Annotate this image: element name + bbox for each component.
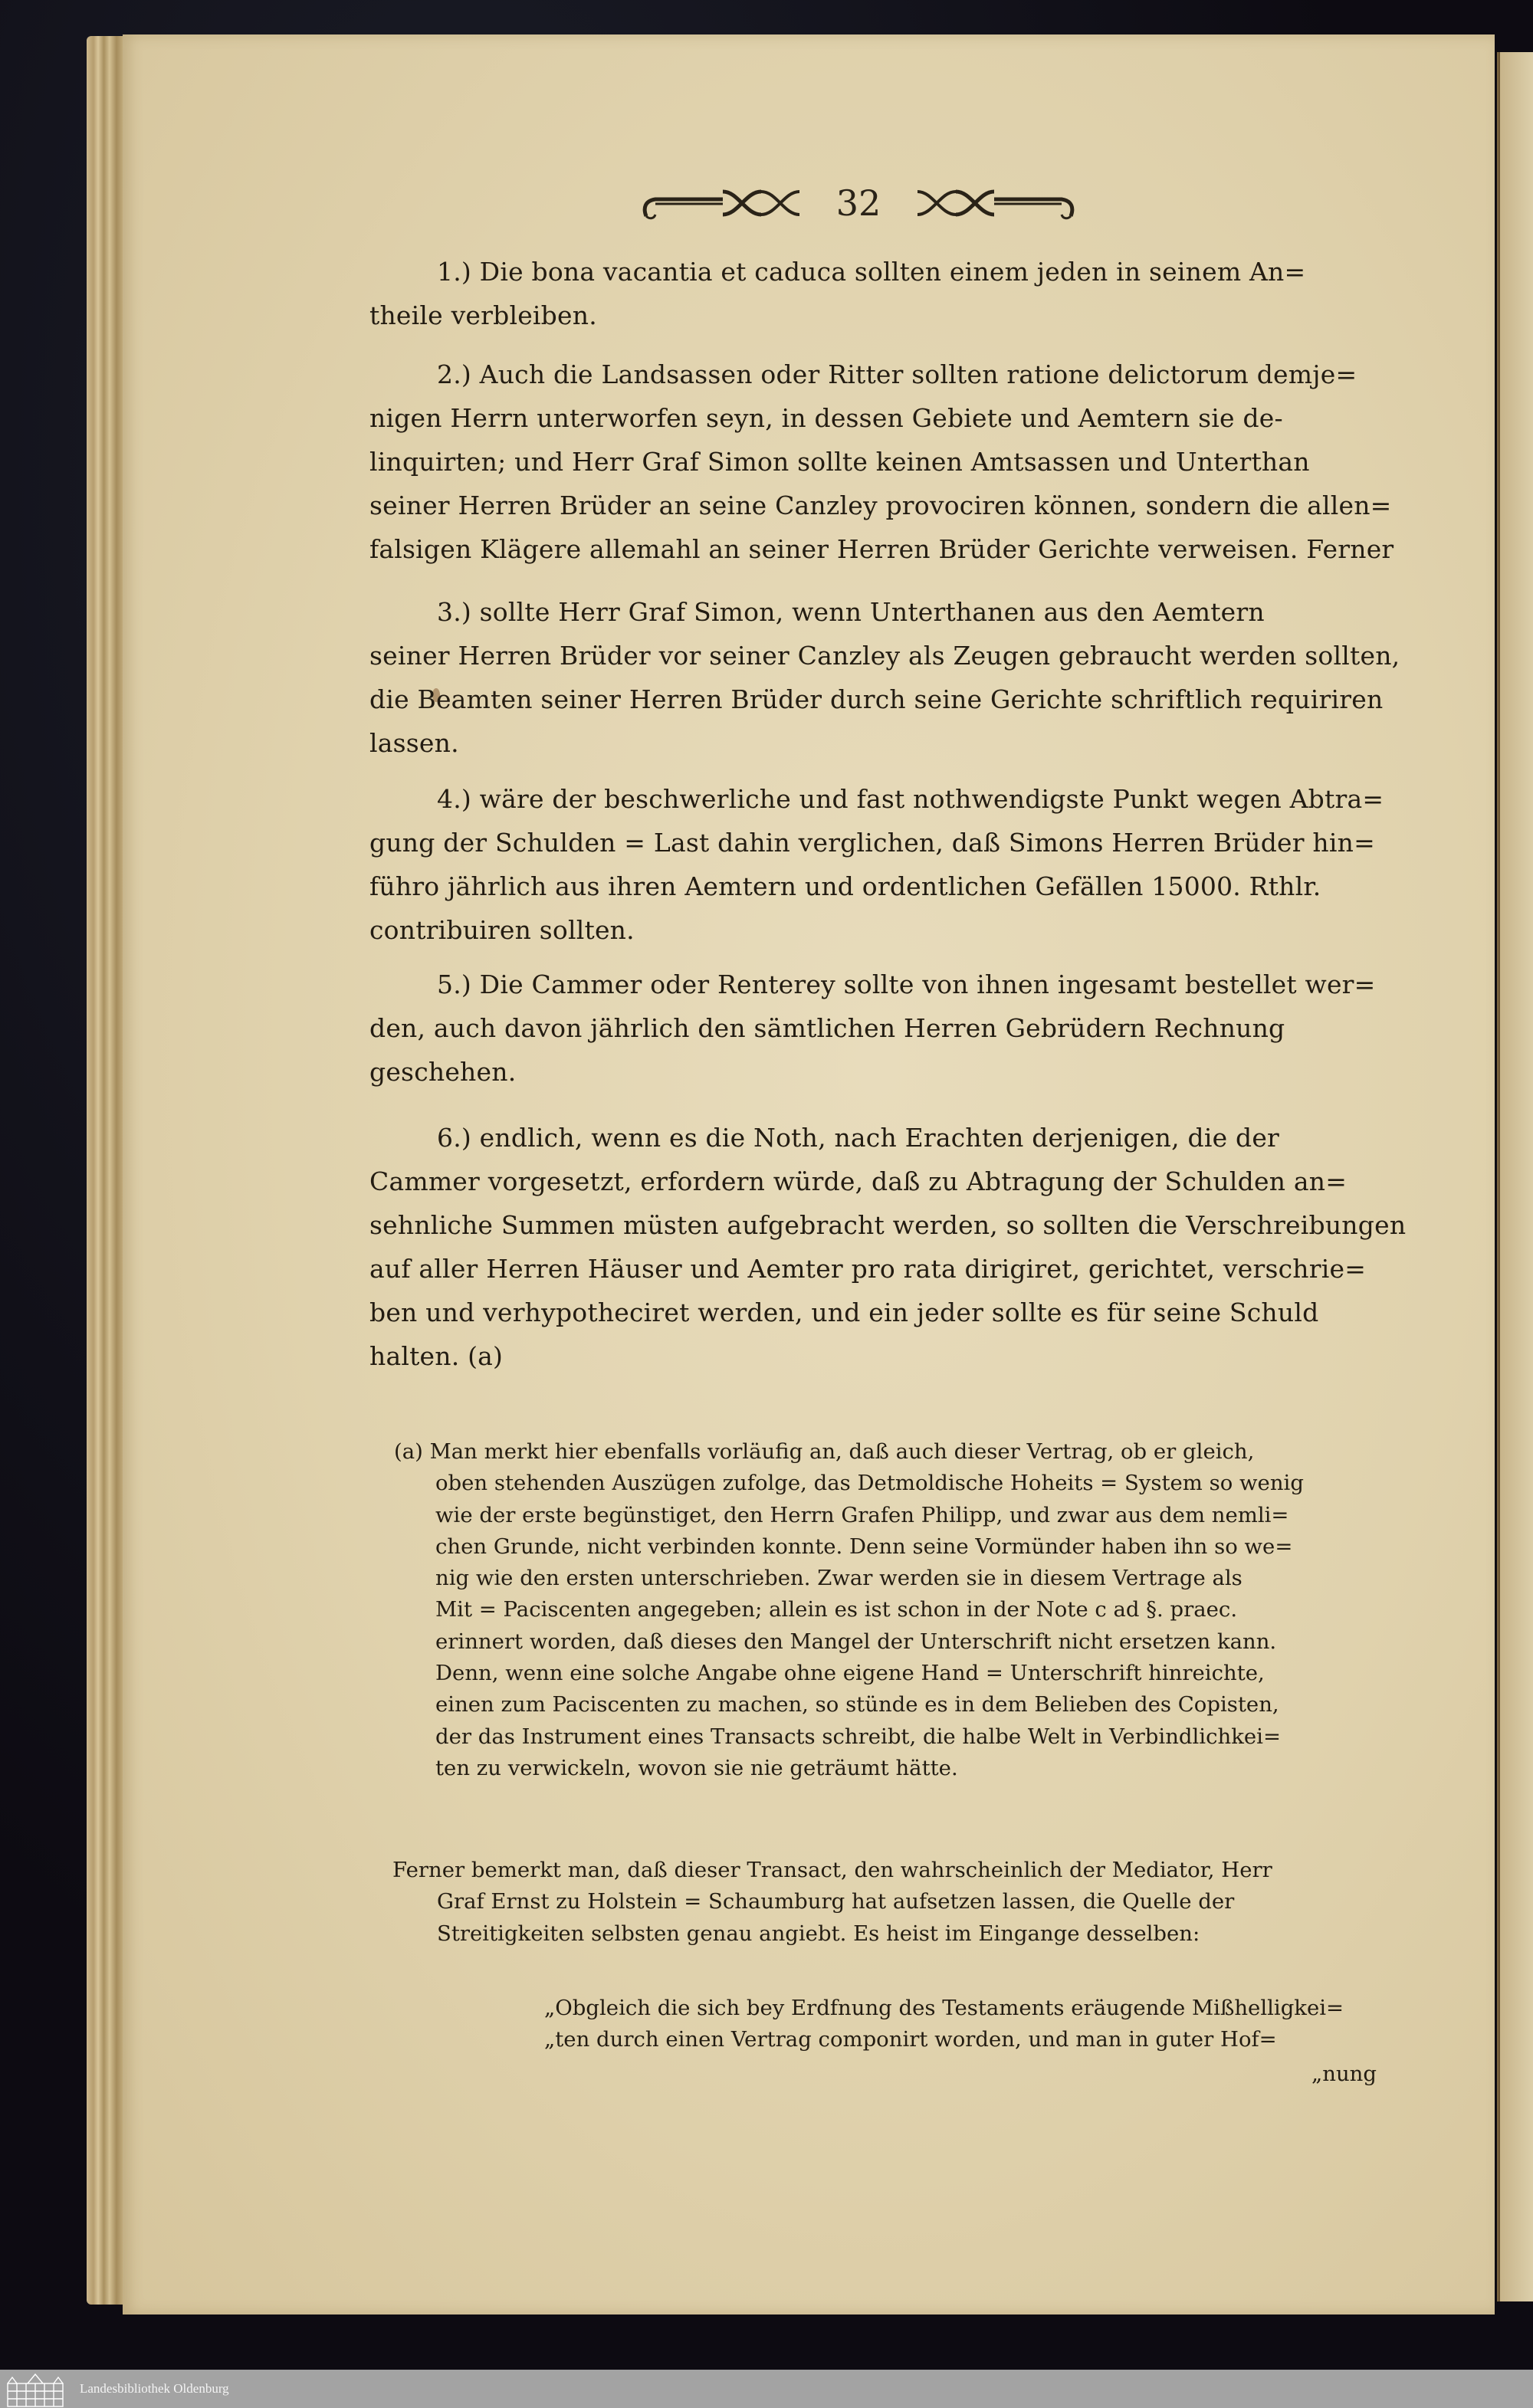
- text-line: wäre der beschwerliche und fast nothwend…: [480, 784, 1384, 814]
- text-line: Man merkt hier ebenfalls vorläufig an, d…: [430, 1439, 1255, 1464]
- paragraph-6: 6.) endlich, wenn es die Noth, nach Erac…: [369, 1116, 1375, 1378]
- text-line: Denn, wenn eine solche Angabe ohne eigen…: [394, 1658, 1377, 1689]
- text-line: ben und verhypotheciret werden, und ein …: [369, 1291, 1375, 1334]
- text-line: linquirten; und Herr Graf Simon sollte k…: [369, 440, 1375, 484]
- text-line: Mit = Paciscenten angegeben; allein es i…: [394, 1594, 1377, 1626]
- text-line: „ten durch einen Vertrag componirt worde…: [544, 2024, 1377, 2055]
- text-line: nig wie den ersten unterschrieben. Zwar …: [394, 1563, 1377, 1594]
- text-line: contribuiren sollten.: [369, 908, 1375, 952]
- text-line: wie der erste begünstiget, den Herrn Gra…: [394, 1500, 1377, 1531]
- text-line: seiner Herren Brüder vor seiner Canzley …: [369, 634, 1375, 677]
- text-line: die Beamten seiner Herren Brüder durch s…: [369, 677, 1375, 721]
- text-line: auf aller Herren Häuser und Aemter pro r…: [369, 1247, 1375, 1291]
- library-building-icon: [5, 2373, 66, 2408]
- text-line: Ferner bemerkt man, daß dieser Transact,…: [392, 1855, 1377, 1886]
- text-line: führo jährlich aus ihren Aemtern und ord…: [369, 864, 1375, 908]
- item-number: 4.): [437, 784, 471, 814]
- text-line: endlich, wenn es die Noth, nach Erachten…: [480, 1123, 1279, 1153]
- institution-name: Landesbibliothek Oldenburg: [80, 2381, 229, 2397]
- page-header: 32: [621, 176, 1096, 230]
- text-line: Streitigkeiten selbsten genau angiebt. E…: [392, 1918, 1377, 1950]
- facing-page-edge: [1499, 52, 1533, 2301]
- text-line: sollte Herr Graf Simon, wenn Unterthanen…: [480, 597, 1265, 627]
- right-ornament-icon: [902, 185, 1078, 221]
- page-number: 32: [836, 182, 881, 224]
- text-line: Die bona vacantia et caduca sollten eine…: [480, 257, 1306, 287]
- text-line: oben stehenden Auszügen zufolge, das Det…: [394, 1468, 1377, 1499]
- item-number: 6.): [437, 1123, 471, 1153]
- item-number: 2.): [437, 359, 471, 389]
- text-line: chen Grunde, nicht verbinden konnte. Den…: [394, 1531, 1377, 1563]
- paragraph-1: 1.) Die bona vacantia et caduca sollten …: [369, 250, 1375, 337]
- footnote-marker: (a): [394, 1439, 423, 1464]
- text-line: halten. (a): [369, 1334, 1375, 1378]
- text-line: Cammer vorgesetzt, erfordern würde, daß …: [369, 1160, 1375, 1203]
- paragraph-5: 5.) Die Cammer oder Renterey sollte von …: [369, 963, 1375, 1094]
- item-number: 3.): [437, 597, 471, 627]
- quotation: „Obgleich die sich bey Erdfnung des Test…: [544, 1993, 1377, 2090]
- text-line: Graf Ernst zu Holstein = Schaumburg hat …: [392, 1886, 1377, 1918]
- text-line: Die Cammer oder Renterey sollte von ihne…: [480, 969, 1376, 999]
- footer-bar: Landesbibliothek Oldenburg: [0, 2370, 1533, 2408]
- remark-paragraph: Ferner bemerkt man, daß dieser Transact,…: [392, 1855, 1377, 1950]
- text-line: der das Instrument eines Transacts schre…: [394, 1721, 1377, 1753]
- text-line: theile verbleiben.: [369, 294, 1375, 337]
- footnote-a: (a) Man merkt hier ebenfalls vorläufig a…: [394, 1436, 1377, 1784]
- text-line: „Obgleich die sich bey Erdfnung des Test…: [544, 1993, 1377, 2024]
- paragraph-2: 2.) Auch die Landsassen oder Ritter soll…: [369, 353, 1375, 571]
- text-line: sehnliche Summen müsten aufgebracht werd…: [369, 1203, 1375, 1247]
- text-line: falsigen Klägere allemahl an seiner Herr…: [369, 527, 1375, 571]
- paragraph-4: 4.) wäre der beschwerliche und fast noth…: [369, 777, 1375, 952]
- text-line: einen zum Paciscenten zu machen, so stün…: [394, 1689, 1377, 1721]
- text-line: gung der Schulden = Last dahin vergliche…: [369, 821, 1375, 864]
- text-line: erinnert worden, daß dieses den Mangel d…: [394, 1626, 1377, 1658]
- catchword: „nung: [544, 2059, 1377, 2090]
- paragraph-3: 3.) sollte Herr Graf Simon, wenn Unterth…: [369, 590, 1375, 765]
- text-line: geschehen.: [369, 1050, 1375, 1094]
- text-line: seiner Herren Brüder an seine Canzley pr…: [369, 484, 1375, 527]
- text-line: Auch die Landsassen oder Ritter sollten …: [480, 359, 1357, 389]
- item-number: 1.): [437, 257, 471, 287]
- page-edges: [87, 36, 125, 2305]
- text-line: den, auch davon jährlich den sämtlichen …: [369, 1006, 1375, 1050]
- item-number: 5.): [437, 969, 471, 999]
- left-ornament-icon: [638, 185, 815, 221]
- text-line: nigen Herrn unterworfen seyn, in dessen …: [369, 396, 1375, 440]
- text-line: ten zu verwickeln, wovon sie nie geträum…: [394, 1753, 1377, 1784]
- text-line: lassen.: [369, 721, 1375, 765]
